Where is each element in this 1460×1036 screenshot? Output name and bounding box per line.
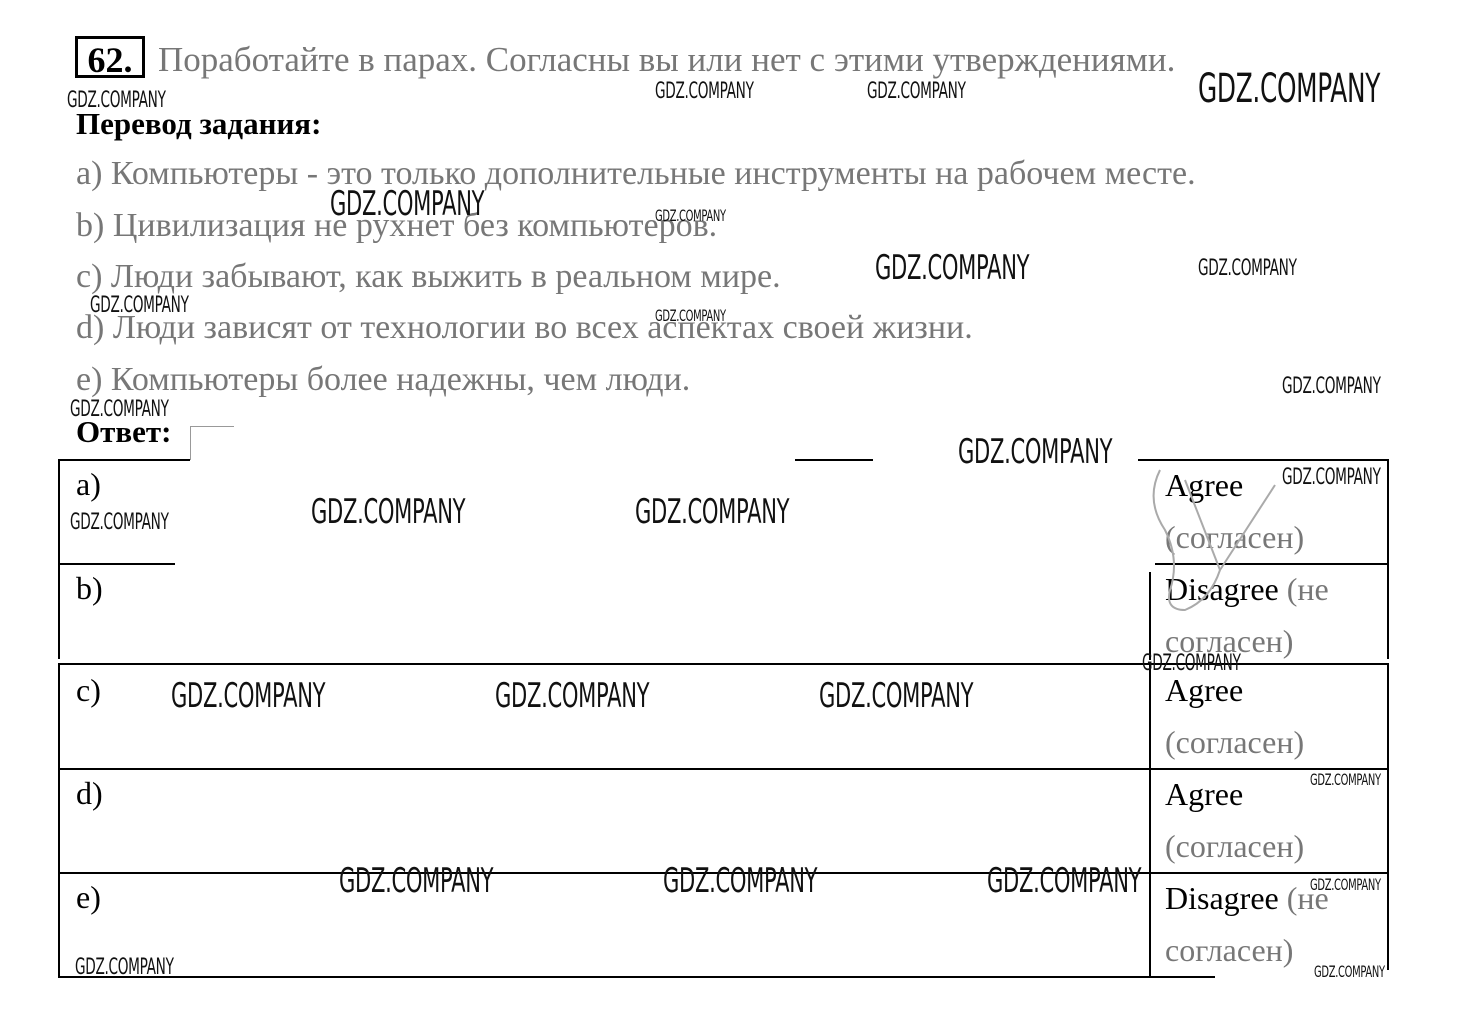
watermark: GDZ.COMPANY bbox=[1310, 770, 1381, 789]
table-border bbox=[58, 459, 190, 461]
answer-d: Agree(согласен) bbox=[1165, 768, 1304, 872]
watermark: GDZ.COMPANY bbox=[1314, 962, 1385, 981]
statement-a: a) Компьютеры - это только дополнительны… bbox=[76, 152, 1196, 196]
decor-line bbox=[190, 426, 191, 460]
watermark: GDZ.COMPANY bbox=[635, 492, 789, 532]
watermark: GDZ.COMPANY bbox=[655, 206, 726, 225]
watermark: GDZ.COMPANY bbox=[75, 955, 174, 980]
task-number: 62. bbox=[75, 36, 145, 78]
watermark: GDZ.COMPANY bbox=[171, 676, 325, 716]
watermark: GDZ.COMPANY bbox=[67, 88, 166, 113]
watermark: GDZ.COMPANY bbox=[958, 432, 1112, 472]
table-border bbox=[1387, 459, 1389, 659]
table-border bbox=[58, 459, 60, 659]
answer-c: Agree(согласен) bbox=[1165, 664, 1304, 768]
row-label-a: a) bbox=[76, 466, 101, 503]
watermark: GDZ.COMPANY bbox=[339, 861, 493, 901]
watermark: GDZ.COMPANY bbox=[1198, 256, 1297, 281]
watermark: GDZ.COMPANY bbox=[1198, 66, 1380, 112]
table-border bbox=[58, 664, 60, 978]
watermark: GDZ.COMPANY bbox=[655, 306, 726, 325]
watermark: GDZ.COMPANY bbox=[90, 293, 189, 318]
watermark: GDZ.COMPANY bbox=[1310, 875, 1381, 894]
watermark: GDZ.COMPANY bbox=[875, 248, 1029, 288]
row-label-b: b) bbox=[76, 570, 103, 607]
watermark: GDZ.COMPANY bbox=[1142, 651, 1241, 676]
table-border bbox=[1149, 664, 1151, 978]
watermark: GDZ.COMPANY bbox=[70, 510, 169, 535]
watermark: GDZ.COMPANY bbox=[495, 676, 649, 716]
table-border bbox=[795, 459, 873, 461]
watermark: GDZ.COMPANY bbox=[70, 397, 169, 422]
row-separator bbox=[58, 563, 175, 565]
watermark: GDZ.COMPANY bbox=[867, 79, 966, 104]
row-label-d: d) bbox=[76, 775, 103, 812]
watermark: GDZ.COMPANY bbox=[311, 492, 465, 532]
watermark: GDZ.COMPANY bbox=[330, 184, 484, 224]
row-label-e: e) bbox=[76, 879, 101, 916]
row-separator bbox=[58, 976, 1215, 978]
statement-e: e) Компьютеры более надежны, чем люди. bbox=[76, 358, 690, 402]
decorative-y-stroke bbox=[1140, 460, 1290, 620]
decor-line bbox=[190, 426, 234, 427]
statement-d: d) Люди зависят от технологии во всех ас… bbox=[76, 306, 973, 350]
table-border bbox=[1387, 664, 1389, 970]
watermark: GDZ.COMPANY bbox=[987, 861, 1141, 901]
watermark: GDZ.COMPANY bbox=[663, 861, 817, 901]
watermark: GDZ.COMPANY bbox=[1282, 374, 1381, 399]
watermark: GDZ.COMPANY bbox=[819, 676, 973, 716]
task-instruction: Поработайте в парах. Согласны вы или нет… bbox=[158, 38, 1175, 82]
watermark: GDZ.COMPANY bbox=[1282, 465, 1381, 490]
row-label-c: c) bbox=[76, 672, 101, 709]
watermark: GDZ.COMPANY bbox=[655, 79, 754, 104]
answer-e: Disagree (несогласен) bbox=[1165, 872, 1329, 976]
